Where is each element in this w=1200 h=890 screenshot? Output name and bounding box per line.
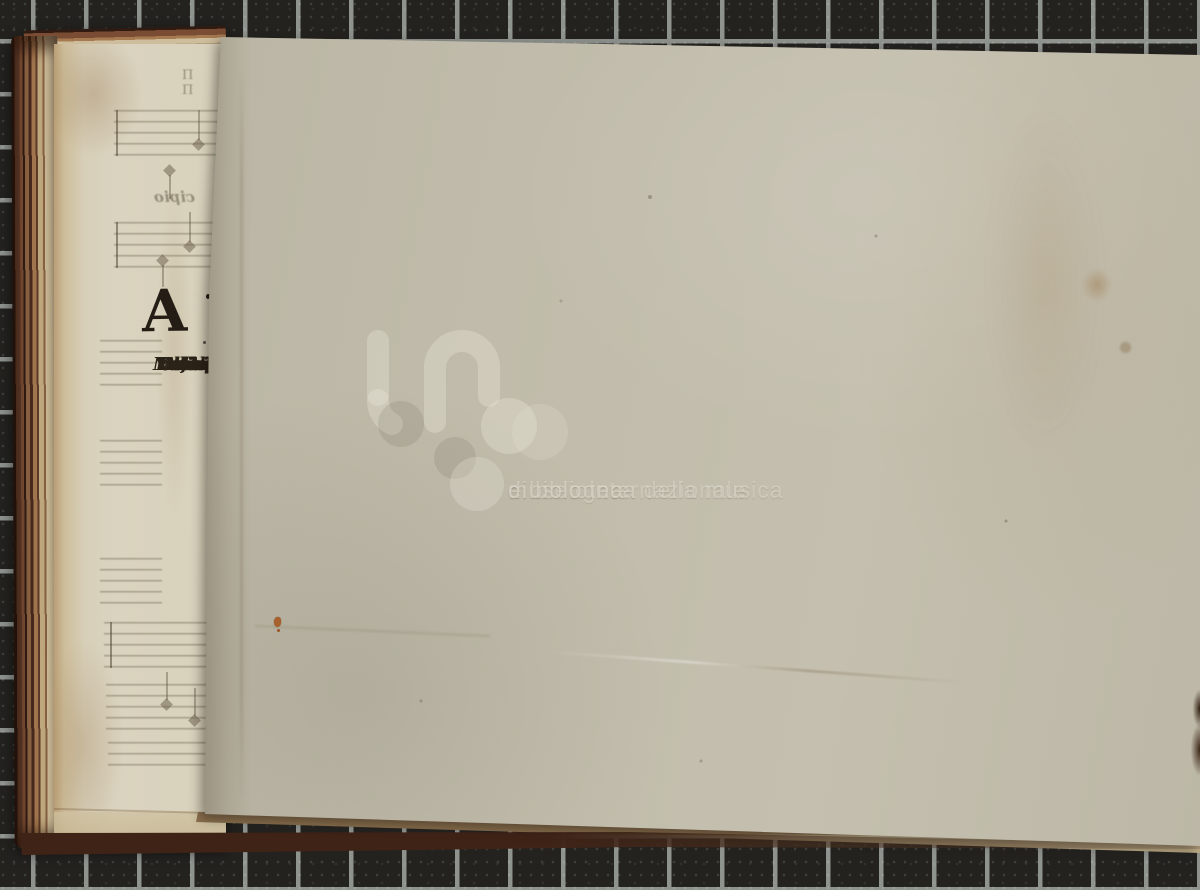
turned-blank-leaf: museo internazionale e biblioteca della … xyxy=(0,0,1200,890)
paper-stain xyxy=(1082,268,1112,302)
right-edge-stain xyxy=(1186,685,1200,780)
rust-spot xyxy=(274,617,281,627)
paper-specks xyxy=(0,0,2,2)
paper-crease xyxy=(240,70,243,800)
photo-canvas: Π Π cipio A Ben l Che p Chi'l Che d Dunq… xyxy=(0,0,1200,890)
watermark-line: di bologna xyxy=(508,476,624,505)
paper-crease xyxy=(545,650,1024,688)
rust-spot xyxy=(277,629,280,632)
library-watermark: museo internazionale e biblioteca della … xyxy=(355,322,875,592)
leaf-edge-shading xyxy=(200,30,252,820)
paper-stain xyxy=(1120,342,1131,353)
turned-leaf-wrap: museo internazionale e biblioteca della … xyxy=(0,0,1200,890)
paper-crease xyxy=(255,625,490,637)
museum-m-logo-icon xyxy=(355,322,655,592)
